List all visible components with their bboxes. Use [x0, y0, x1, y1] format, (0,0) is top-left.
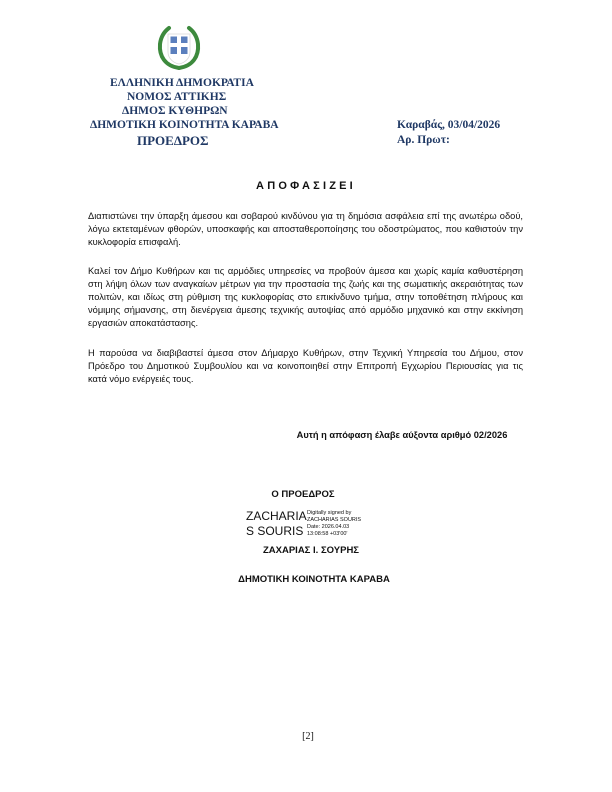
- header-country: ΕΛΛΗΝΙΚΗ ΔΗΜΟΚΡΑΤΙΑ: [110, 77, 254, 89]
- page-number: [2]: [2, 731, 612, 742]
- digital-signature-details: Digitally signed by ZACHARIAS SOURIS Dat…: [307, 510, 361, 538]
- protocol-number: Αρ. Πρωτ:: [397, 134, 450, 146]
- paragraph-distribution: Η παρούσα να διαβιβαστεί άμεσα στον Δήμα…: [88, 347, 523, 386]
- digital-signature-name: ZACHARIA S SOURIS: [246, 509, 307, 539]
- header-community: ΔΗΜΟΤΙΚΗ ΚΟΙΝΟΤΗΤΑ ΚΑΡΑΒΑ: [90, 119, 279, 131]
- signer-name: ΖΑΧΑΡΙΑΣ Ι. ΣΟΥΡΗΣ: [5, 545, 612, 556]
- paragraph-danger: Διαπιστώνει την ύπαρξη άμεσου και σοβαρο…: [88, 210, 523, 249]
- serial-number: Αυτή η απόφαση έλαβε αύξοντα αριθμό 02/2…: [96, 430, 612, 440]
- paragraph-measures: Καλεί τον Δήμο Κυθήρων και τις αρμόδιες …: [88, 265, 523, 330]
- decision-title: ΑΠΟΦΑΣΙΖΕΙ: [0, 180, 612, 192]
- header-municipality: ΔΗΜΟΣ ΚΥΘΗΡΩΝ: [122, 105, 228, 117]
- signature-role: Ο ΠΡΟΕΔΡΟΣ: [0, 489, 609, 500]
- header-office: ΠΡΟΕΔΡΟΣ: [137, 133, 209, 149]
- greek-coat-of-arms-icon: [155, 24, 203, 72]
- place-date: Καραβάς, 03/04/2026: [397, 119, 500, 131]
- signer-community: ΔΗΜΟΤΙΚΗ ΚΟΙΝΟΤΗΤΑ ΚΑΡΑΒΑ: [8, 574, 612, 585]
- header-prefecture: ΝΟΜΟΣ ΑΤΤΙΚΗΣ: [127, 91, 226, 103]
